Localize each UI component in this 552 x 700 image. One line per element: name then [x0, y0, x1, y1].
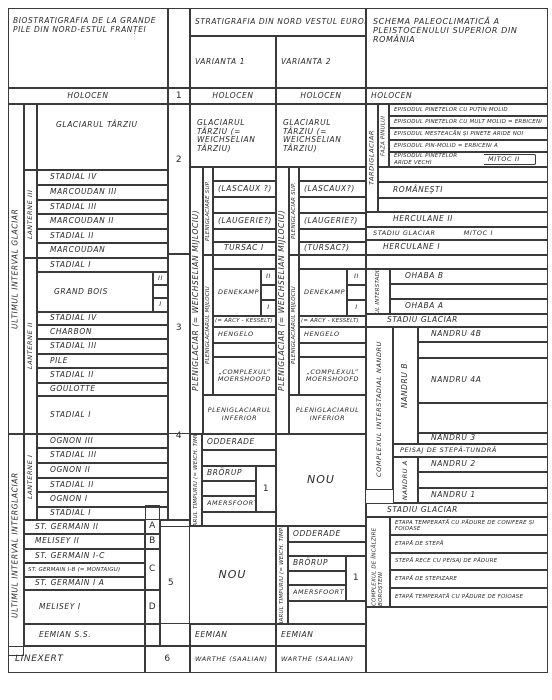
v1-laugerie: (Laugerie?)	[213, 213, 276, 229]
period-number-1: 1	[168, 88, 190, 104]
gp-linexert: Linexert	[8, 646, 145, 673]
ro-romanesti: Româneşti	[378, 182, 548, 198]
v2-arcy-kesselt: (= Arcy - Kesselt)	[299, 316, 366, 327]
vertical-lanterne-2: Lanterne II	[24, 258, 37, 434]
letter-spacer	[145, 624, 160, 646]
ro-etapa: Etapă temperată cu pădure de foioase	[390, 588, 548, 607]
ro-stadiu-glaciar-3: Stadiu glaciar	[366, 503, 548, 517]
gp-row: Marcoudan III	[37, 185, 168, 200]
v1-number-1: 1	[256, 466, 276, 512]
v2-warthe: Warthe (Saalian)	[276, 646, 366, 673]
v2-tursac: (Tursac?)	[299, 242, 366, 255]
v1-complexul-moershoofd: „Complexul” Moershoofd	[213, 357, 276, 395]
header-number-col	[168, 8, 190, 88]
v2-empty	[288, 542, 366, 556]
ro-vertical-faza-pinului: Faza pinului	[378, 104, 389, 167]
period-letter-c: c	[145, 549, 160, 590]
v1-pleniglaciarul-inferior: Pleniglaciarul inferior	[203, 395, 276, 434]
v2-denekamp-spacer	[347, 285, 366, 300]
number-cell-3	[168, 254, 190, 434]
ro-vertical-tardiglaciar: Tardiglaciar	[366, 104, 378, 212]
holocen-grande-pile: Holocen	[8, 88, 168, 104]
gp-row: Stadial III	[37, 448, 168, 463]
ro-empty-bottom	[366, 607, 548, 673]
v1-empty	[213, 255, 276, 269]
holocen-v2: Holocen	[276, 88, 366, 104]
ro-nandru-4b: Nandru 4b	[418, 327, 548, 342]
v2-empty	[299, 255, 366, 269]
ro-etapa: Etapă de stepizare	[390, 570, 548, 588]
ro-nandru-1: Nandru 1	[418, 488, 548, 503]
v1-empty	[202, 450, 276, 466]
v2-vertical-plen-mij: Pleniglaciarul mijlociu	[289, 255, 299, 395]
header-varianta-1: Varianta 1	[190, 36, 276, 88]
v1-odderade: Odderade	[202, 434, 276, 450]
ro-peisaj-stepa-tundra: Peisaj de stepă-tundră	[393, 444, 548, 457]
header-nw-europe: Stratigrafia din nord vestul Europei	[190, 8, 366, 36]
v1-empty	[213, 167, 276, 181]
gp-row: Stadial II	[37, 368, 168, 383]
v2-vertical-weichselian: Pleniglaciar (= Weichselian mijlociu)	[276, 167, 289, 434]
v2-denekamp-ii: II	[347, 269, 366, 285]
ro-empty	[418, 472, 548, 488]
gp-row: Eemian s.s.	[24, 624, 145, 646]
ro-herculane-i: Herculane I	[366, 240, 548, 255]
gp-row: Marcoudan	[37, 243, 168, 258]
gp-row: Ognon III	[37, 434, 168, 448]
ro-vertical-nandru-a: Nandru A	[393, 457, 418, 503]
v2-empty	[288, 571, 346, 585]
vertical-lanterne-3: Lanterne III	[24, 170, 37, 258]
ro-nandru-2: Nandru 2	[418, 457, 548, 472]
gp-row: St. Germain I A	[24, 577, 145, 590]
v2-eemian: Eemian	[276, 624, 366, 646]
ro-ohaba-b: Ohaba B	[390, 269, 548, 284]
gp-row: Stadial II	[37, 229, 168, 243]
header-varianta-2: Varianta 2	[276, 36, 366, 88]
v2-pleniglaciarul-inferior: Pleniglaciarul inferior	[289, 395, 366, 434]
gp-row: St. Germain II	[24, 520, 145, 534]
v1-vertical-weichselian: Pleniglaciar (= Weichselian mijlociu)	[190, 167, 203, 434]
ro-empty	[378, 167, 548, 182]
gp-row: Goulotte	[37, 383, 168, 396]
glaciarul-tarziu-gp: Glaciarul târziu	[37, 104, 168, 170]
v2-brorup: Brörup	[288, 556, 346, 571]
v1-arcy-kesselt: (= Arcy - Kesselt)	[213, 316, 276, 327]
ro-nandru-3: Nandru 3	[418, 433, 548, 444]
v2-complexul-moershoofd: „Complexul” Moershoofd	[299, 357, 366, 395]
gp-row: Charbon	[37, 325, 168, 339]
v1-denekamp-ii: II	[261, 269, 276, 285]
v1-vertical-plen-sup: Pleniglaciare sup.	[203, 167, 213, 255]
v2-number-1: 1	[346, 556, 366, 601]
v1-denekamp: Denekamp	[213, 269, 261, 316]
ro-herculane-ii: Herculane II	[366, 212, 548, 227]
v1-empty	[213, 343, 276, 357]
gp-grand-bois-i: I	[153, 298, 168, 312]
v2-laugerie: (Laugerie?)	[299, 213, 366, 229]
v1-empty	[213, 229, 276, 242]
period-letter-b: b	[145, 534, 160, 549]
v1-warthe: Warthe (Saalian)	[190, 646, 276, 673]
ro-episode: Episodul pinetelor cu mult molid = Erbic…	[389, 116, 548, 128]
ro-vertical-complex-borosteni: Complexul de încălzire Boroșteni	[366, 517, 390, 607]
v2-denekamp: Denekamp	[299, 269, 347, 316]
gp-row: Ognon II	[37, 463, 168, 478]
gp-grand-bois: Grand Bois	[37, 272, 153, 312]
ro-empty	[418, 403, 548, 433]
v2-hengelo: Hengelo	[299, 327, 366, 343]
v2-nou: Nou	[276, 434, 366, 526]
v2-empty	[299, 167, 366, 181]
ro-vertical-complex-ohaba: Complexul interstadial Ohaba	[366, 269, 390, 314]
gp-row: Stadial I	[37, 396, 168, 434]
v2-empty	[288, 601, 366, 624]
ro-empty	[390, 284, 548, 299]
v1-denekamp-spacer	[261, 285, 276, 300]
ro-etapa: Stepă rece cu peisaj de pădure	[390, 553, 548, 570]
v2-vertical-plen-sup: Pleniglaciar sup.	[289, 167, 299, 255]
v2-empty	[299, 229, 366, 242]
v1-brorup: Brörup	[202, 466, 256, 481]
v1-glaciarul-tarziu: Glaciarul târziu (= Weichselian târziu)	[190, 104, 276, 167]
gp-row: St. Germain I-C	[24, 549, 145, 563]
v1-empty	[202, 481, 256, 496]
ro-vertical-complex-nandru: Complexul interstadial Nandru	[366, 327, 393, 490]
header-grande-pile: Biostratigrafia de la Grande Pile din no…	[8, 8, 168, 88]
gp-row: Melisey I	[24, 590, 145, 624]
ro-stadiu-glaciar-1-label: Stadiu glaciar	[373, 230, 436, 237]
gp-grand-bois-spacer	[153, 285, 168, 298]
v1-hengelo: Hengelo	[213, 327, 276, 343]
ro-episode: Episodul pinetelor cu puțin molid	[389, 104, 548, 116]
v1-denekamp-i: I	[261, 300, 276, 316]
v2-lascaux: (Lascaux?)	[299, 181, 366, 197]
v1-tursac: Tursac I	[213, 242, 276, 255]
ro-empty	[366, 255, 548, 269]
v1-eemian: Eemian	[190, 624, 276, 646]
gp-grand-bois-ii: II	[153, 272, 168, 285]
ro-empty	[418, 342, 548, 358]
v1-vertical-timpuriu: Glaciarul timpuriu (= Weich. timpuriu)	[190, 434, 202, 526]
ro-mitoc-ii: Mitoc II	[484, 154, 536, 165]
vertical-lanterne-1: Lanterne I	[24, 434, 37, 520]
gp-row: Stadial II	[37, 478, 168, 492]
v1-nou-label: Nou	[219, 569, 247, 582]
period-number-6: 6	[145, 646, 190, 673]
v2-empty	[299, 197, 366, 213]
gp-row: Melisey II	[24, 534, 145, 549]
v2-vertical-timpuriu: Glaciarul timpuriu (= Weich. timpuriu)	[276, 526, 288, 624]
number-cell-4	[168, 434, 190, 520]
header-romania: Schema paleoclimatică a Pleistocenului s…	[366, 8, 548, 88]
v2-denekamp-i: I	[347, 300, 366, 316]
v1-empty	[202, 512, 276, 526]
holocen-v1: Holocen	[190, 88, 276, 104]
ro-mitoc-i: Mitoc I	[464, 230, 493, 237]
v1-empty	[213, 197, 276, 213]
stratigraphy-table: Biostratigrafia de la Grande Pile din no…	[0, 0, 552, 700]
period-letter-d: d	[145, 590, 160, 624]
gp-row: Stadial IV	[37, 170, 168, 185]
ro-etapa: Etapa temperată cu pădure de conifere și…	[390, 517, 548, 535]
ro-vertical-nandru-b: Nandru B	[393, 327, 418, 444]
holocen-romania: Holocen	[366, 88, 548, 104]
ro-empty	[378, 198, 548, 212]
ro-stadiu-glaciar-2: Stadiu glaciar	[366, 314, 548, 327]
gp-row: Stadial III	[37, 200, 168, 214]
v1-vertical-plen-mij: Pleniglaciarul mijlociu	[203, 255, 213, 395]
ro-etapa: Etapă de stepă	[390, 535, 548, 553]
v1-amersfoort: Amersfoort	[202, 496, 256, 512]
lanterne-spacer	[24, 104, 37, 170]
v2-glaciarul-tarziu: Glaciarul târziu (= Weichselian târziu)	[276, 104, 366, 167]
number-cell-2	[168, 104, 190, 254]
vertical-ultimul-interglaciar: Ultimul interval interglaciar	[8, 434, 24, 656]
v2-empty	[299, 343, 366, 357]
gp-row: Stadial I	[37, 258, 168, 272]
ro-episode: Episodul pin-molid = Erbiceni A	[389, 140, 548, 152]
gp-row: Pile	[37, 354, 168, 368]
vertical-ultimul-glaciar: Ultimul interval glaciar	[8, 104, 24, 434]
ro-nandru-4a: Nandru 4a	[418, 358, 548, 403]
ro-ohaba-a: Ohaba A	[390, 299, 548, 314]
period-letter-a: a	[145, 505, 160, 534]
gp-row: Marcoudan II	[37, 214, 168, 229]
v1-nou: Nou	[160, 526, 276, 624]
gp-row: Stadial III	[37, 339, 168, 354]
ro-stadiu-glaciar-1: Stadiu glaciarMitoc I	[366, 227, 548, 240]
ro-episode: Episodul mesteacăn și pinete aride noi	[389, 128, 548, 140]
gp-row: St. Germain I-B (= Montaigu)	[24, 563, 145, 577]
v2-odderade: Odderade	[288, 526, 366, 542]
gp-row: Stadial IV	[37, 312, 168, 325]
v1-lascaux: (Lascaux ?)	[213, 181, 276, 197]
v2-amersfoort: Amersfoort	[288, 585, 346, 601]
